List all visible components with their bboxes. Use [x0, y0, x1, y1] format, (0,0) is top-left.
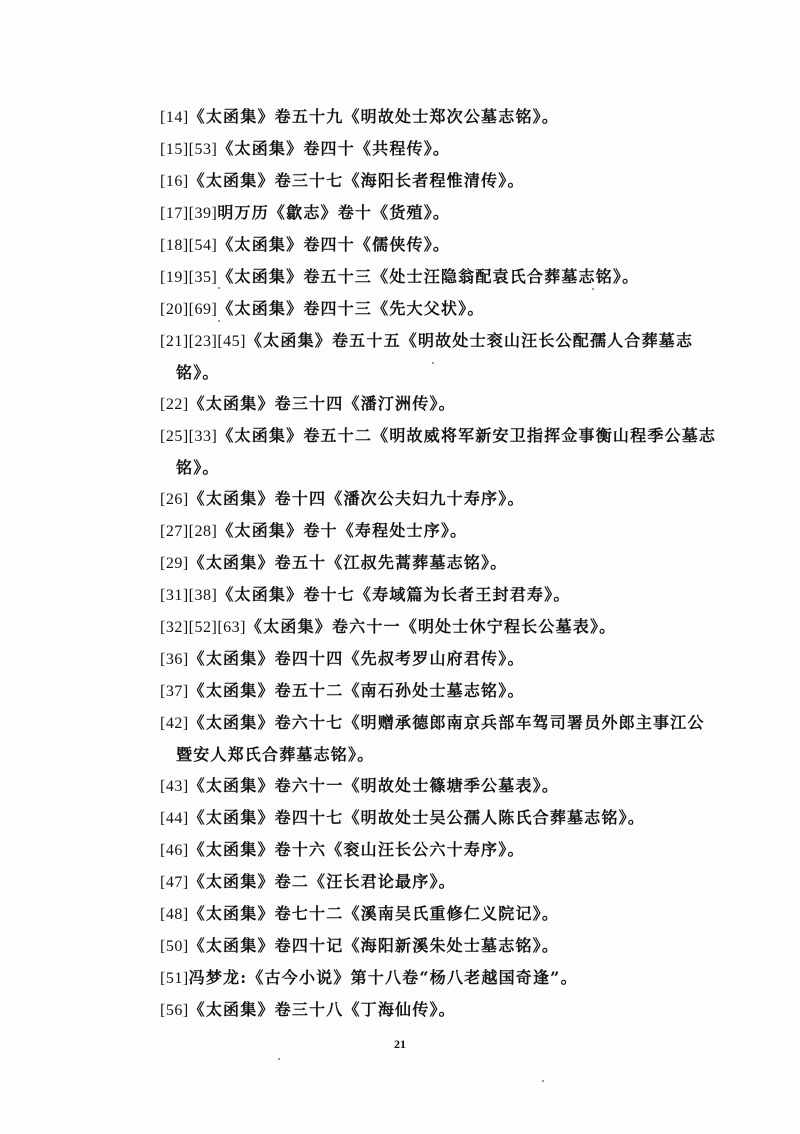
reference-item: [46]《太函集》卷十六《衮山汪长公六十寿序》。 [160, 834, 720, 866]
reference-item: [19][35]《太函集》卷五十三《处士汪隐翁配袁氏合葬墓志铭》。 [160, 261, 720, 293]
reference-number: [21][23][45] [160, 333, 246, 350]
reference-item: [48]《太函集》卷七十二《溪南吴氏重修仁义院记》。 [160, 898, 720, 930]
reference-text: 《太函集》卷五十二《明故威将军新安卫指挥佥事衡山程季公墓志铭》。 [176, 426, 716, 477]
reference-number: [20][69] [160, 301, 217, 318]
reference-number: [22] [160, 396, 189, 413]
reference-text: 《太函集》卷三十七《海阳长者程惟清传》。 [189, 171, 525, 190]
reference-text: 《太函集》卷四十三《先大父状》。 [217, 299, 484, 318]
reference-item: [29]《太函集》卷五十《江叔先蒿葬墓志铭》。 [160, 547, 720, 579]
reference-number: [31][38] [160, 587, 217, 604]
reference-number: [15][53] [160, 141, 217, 158]
reference-item: [22]《太函集》卷三十四《潘汀洲传》。 [160, 388, 720, 420]
reference-item: [47]《太函集》卷二《汪长君论最序》。 [160, 866, 720, 898]
scan-speck [592, 288, 594, 290]
reference-number: [36] [160, 651, 189, 668]
scan-speck [262, 875, 264, 877]
reference-number: [27][28] [160, 523, 217, 540]
reference-text: 《太函集》卷六十一《明处士休宁程长公墓表》。 [246, 617, 616, 636]
reference-item: [16]《太函集》卷三十七《海阳长者程惟清传》。 [160, 165, 720, 197]
reference-number: [42] [160, 715, 189, 732]
scan-speck [432, 362, 434, 364]
scan-speck [218, 320, 220, 322]
reference-item: [14]《太函集》卷五十九《明故处士郑次公墓志铭》。 [160, 101, 720, 133]
scan-speck [278, 1058, 280, 1060]
reference-item: [26]《太函集》卷十四《潘次公夫妇九十寿序》。 [160, 483, 720, 515]
reference-item: [32][52][63]《太函集》卷六十一《明处士休宁程长公墓表》。 [160, 611, 720, 643]
reference-number: [43] [160, 778, 189, 795]
reference-item: [18][54]《太函集》卷四十《儒侠传》。 [160, 229, 720, 261]
reference-item: [17][39]明万历《歙志》卷十《货殖》。 [160, 197, 720, 229]
reference-text: 《太函集》卷四十《共程传》。 [217, 139, 450, 158]
reference-text: 《太函集》卷四十《儒侠传》。 [217, 235, 450, 254]
reference-number: [32][52][63] [160, 619, 246, 636]
reference-number: [29] [160, 555, 189, 572]
reference-item: [31][38]《太函集》卷十七《寿域篇为长者王封君寿》。 [160, 579, 720, 611]
reference-number: [19][35] [160, 269, 217, 286]
reference-text: 《太函集》卷五十九《明故处士郑次公墓志铭》。 [189, 107, 559, 126]
reference-text: 冯梦龙:《古今小说》第十八卷“杨八老越国奇逢”。 [189, 968, 578, 987]
reference-text: 《太函集》卷五十二《南石孙处士墓志铭》。 [189, 681, 525, 700]
reference-item: [25][33]《太函集》卷五十二《明故威将军新安卫指挥佥事衡山程季公墓志铭》。 [160, 420, 720, 483]
reference-text: 《太函集》卷五十三《处士汪隐翁配袁氏合葬墓志铭》。 [217, 267, 639, 286]
reference-number: [18][54] [160, 237, 217, 254]
reference-number: [25][33] [160, 428, 217, 445]
reference-number: [26] [160, 491, 189, 508]
reference-number: [17][39] [160, 205, 217, 222]
reference-number: [14] [160, 109, 189, 126]
reference-text: 《太函集》卷七十二《溪南吴氏重修仁义院记》。 [189, 904, 559, 923]
reference-number: [56] [160, 1002, 189, 1019]
reference-text: 《太函集》卷二《汪长君论最序》。 [189, 872, 456, 891]
reference-number: [44] [160, 810, 189, 827]
reference-item: [27][28]《太函集》卷十《寿程处士序》。 [160, 515, 720, 547]
reference-text: 《太函集》卷四十七《明故处士吴公孺人陈氏合葬墓志铭》。 [189, 808, 645, 827]
reference-text: 《太函集》卷十七《寿域篇为长者王封君寿》。 [217, 585, 570, 604]
reference-item: [21][23][45]《太函集》卷五十五《明故处士衮山汪长公配孺人合葬墓志铭》… [160, 325, 720, 388]
reference-item: [50]《太函集》卷四十记《海阳新溪朱处士墓志铭》。 [160, 930, 720, 962]
reference-text: 《太函集》卷十六《衮山汪长公六十寿序》。 [189, 840, 525, 859]
reference-item: [43]《太函集》卷六十一《明故处士篠塘季公墓表》。 [160, 770, 720, 802]
scan-speck [446, 303, 448, 305]
page-number: 21 [0, 1037, 800, 1052]
scan-speck [218, 287, 220, 289]
reference-text: 《太函集》卷三十四《潘汀洲传》。 [189, 394, 456, 413]
document-page: [14]《太函集》卷五十九《明故处士郑次公墓志铭》。 [15][53]《太函集》… [0, 0, 800, 1134]
reference-number: [48] [160, 906, 189, 923]
reference-number: [51] [160, 970, 189, 987]
reference-number: [46] [160, 842, 189, 859]
reference-number: [50] [160, 938, 189, 955]
reference-text: 《太函集》卷三十八《丁海仙传》。 [189, 1000, 456, 1019]
reference-number: [47] [160, 874, 189, 891]
reference-item: [51]冯梦龙:《古今小说》第十八卷“杨八老越国奇逢”。 [160, 962, 720, 994]
reference-text: 《太函集》卷五十五《明故处士衮山汪长公配孺人合葬墓志铭》。 [176, 331, 693, 382]
reference-number: [16] [160, 173, 189, 190]
reference-text: 《太函集》卷四十四《先叔考罗山府君传》。 [189, 649, 525, 668]
reference-list: [14]《太函集》卷五十九《明故处士郑次公墓志铭》。 [15][53]《太函集》… [160, 101, 720, 1026]
reference-text: 《太函集》卷四十记《海阳新溪朱处士墓志铭》。 [189, 936, 559, 955]
reference-text: 《太函集》卷六十七《明赠承德郎南京兵部车驾司署员外郎主事江公暨安人郑氏合葬墓志铭… [176, 713, 705, 764]
scan-speck [542, 1080, 544, 1082]
reference-item: [15][53]《太函集》卷四十《共程传》。 [160, 133, 720, 165]
reference-item: [36]《太函集》卷四十四《先叔考罗山府君传》。 [160, 643, 720, 675]
reference-item: [42]《太函集》卷六十七《明赠承德郎南京兵部车驾司署员外郎主事江公暨安人郑氏合… [160, 707, 720, 770]
reference-number: [37] [160, 683, 189, 700]
reference-text: 明万历《歙志》卷十《货殖》。 [217, 203, 450, 222]
reference-text: 《太函集》卷十《寿程处士序》。 [217, 521, 467, 540]
reference-text: 《太函集》卷十四《潘次公夫妇九十寿序》。 [189, 489, 525, 508]
reference-item: [37]《太函集》卷五十二《南石孙处士墓志铭》。 [160, 675, 720, 707]
reference-item: [20][69]《太函集》卷四十三《先大父状》。 [160, 293, 720, 325]
reference-text: 《太函集》卷六十一《明故处士篠塘季公墓表》。 [189, 776, 559, 795]
reference-text: 《太函集》卷五十《江叔先蒿葬墓志铭》。 [189, 553, 508, 572]
reference-item: [44]《太函集》卷四十七《明故处士吴公孺人陈氏合葬墓志铭》。 [160, 802, 720, 834]
reference-item: [56]《太函集》卷三十八《丁海仙传》。 [160, 994, 720, 1026]
